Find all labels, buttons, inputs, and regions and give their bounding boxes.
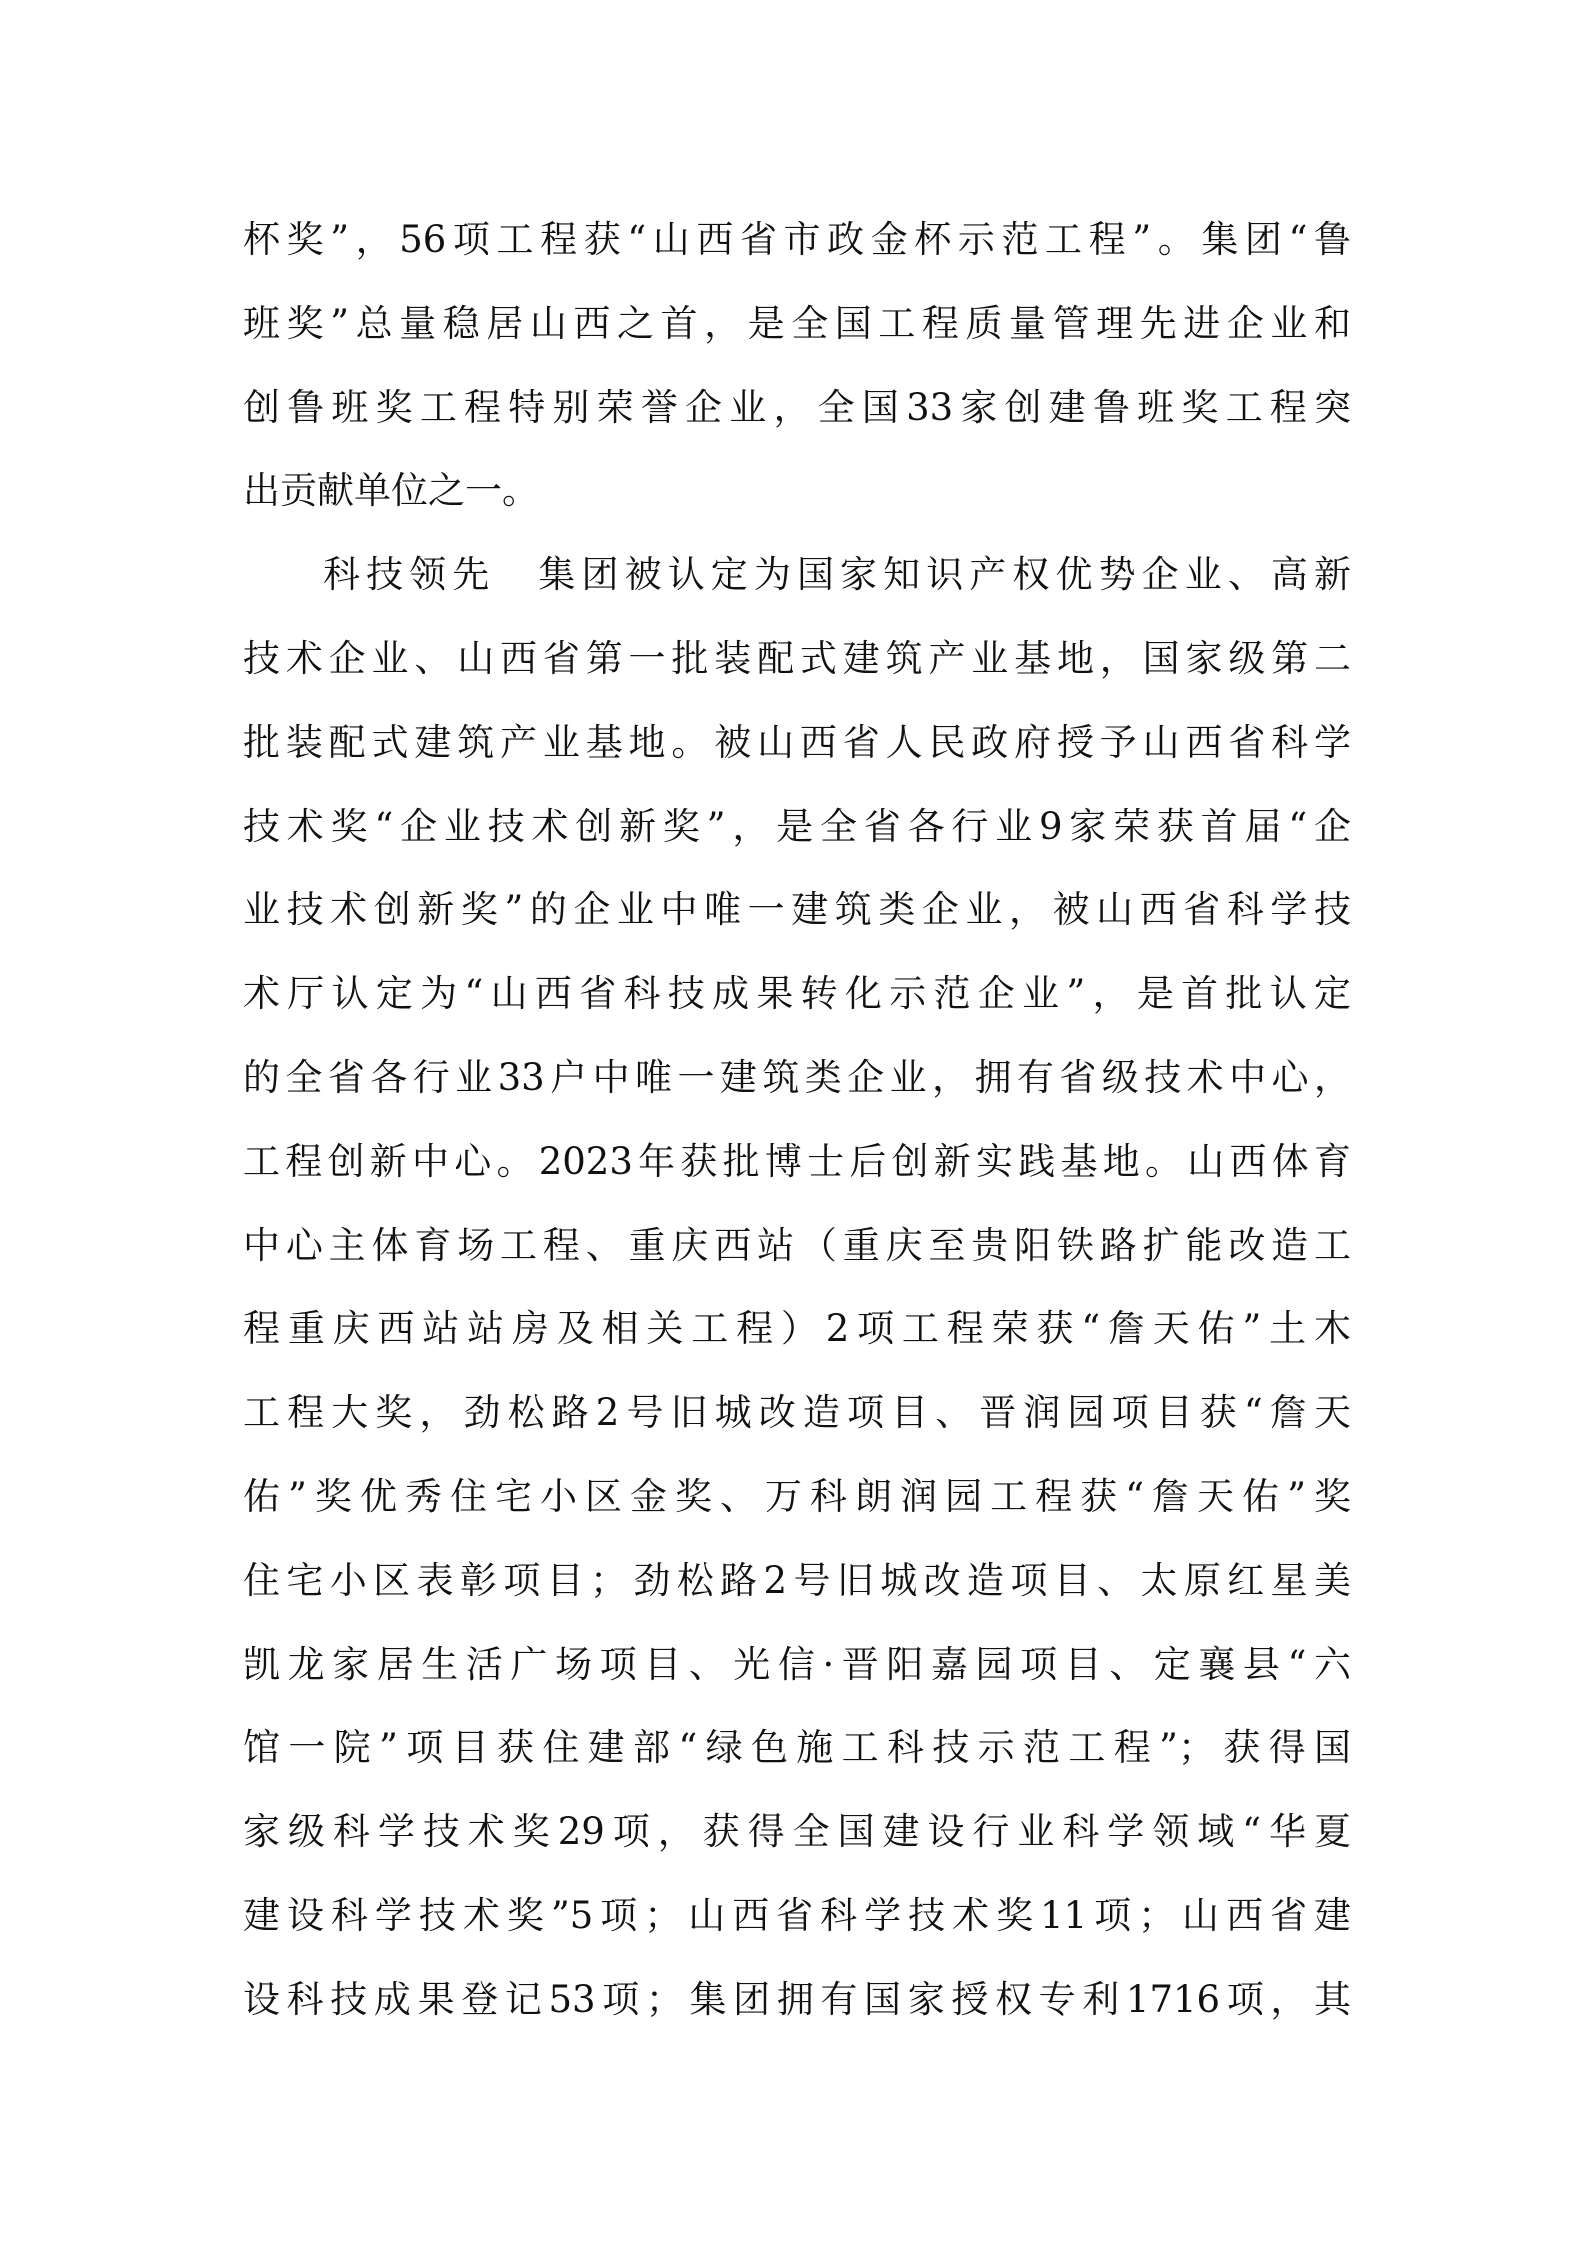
text-line: 杯奖”，56项工程获“山西省市政金杯示范工程”。集团“鲁: [243, 212, 1351, 296]
text-line: 术厅认定为“山西省科技成果转化示范企业”，是首批认定: [243, 966, 1351, 1050]
document-page: 杯奖”，56项工程获“山西省市政金杯示范工程”。集团“鲁 班奖”总量稳居山西之首…: [0, 0, 1587, 2245]
text-line: 馆一院”项目获住建部“绿色施工科技示范工程”；获得国: [243, 1720, 1351, 1804]
text-line: 业技术创新奖”的企业中唯一建筑类企业，被山西省科学技: [243, 882, 1351, 966]
text-line: 技术奖“企业技术创新奖”，是全省各行业9家荣获首届“企: [243, 799, 1351, 883]
paragraph-heading-line: 科技领先 集团被认定为国家知识产权优势企业、高新: [243, 547, 1351, 631]
text-line: 创鲁班奖工程特别荣誉企业，全国33家创建鲁班奖工程突: [243, 380, 1351, 464]
text-line: 班奖”总量稳居山西之首，是全国工程质量管理先进企业和: [243, 296, 1351, 380]
text-line: 批装配式建筑产业基地。被山西省人民政府授予山西省科学: [243, 715, 1351, 799]
text-line: 中心主体育场工程、重庆西站（重庆至贵阳铁路扩能改造工: [243, 1218, 1351, 1302]
text-line: 住宅小区表彰项目；劲松路2号旧城改造项目、太原红星美: [243, 1553, 1351, 1637]
text-line: 凯龙家居生活广场项目、光信·晋阳嘉园项目、定襄县“六: [243, 1637, 1351, 1721]
text-line: 家级科学技术奖29项，获得全国建设行业科学领域“华夏: [243, 1804, 1351, 1888]
text-line: 工程创新中心。2023年获批博士后创新实践基地。山西体育: [243, 1134, 1351, 1218]
text-line: 工程大奖，劲松路2号旧城改造项目、晋润园项目获“詹天: [243, 1385, 1351, 1469]
text-line: 佑”奖优秀住宅小区金奖、万科朗润园工程获“詹天佑”奖: [243, 1469, 1351, 1553]
body-text: 杯奖”，56项工程获“山西省市政金杯示范工程”。集团“鲁 班奖”总量稳居山西之首…: [243, 212, 1351, 2056]
text-line: 技术企业、山西省第一批装配式建筑产业基地，国家级第二: [243, 631, 1351, 715]
text-line: 程重庆西站站房及相关工程）2项工程荣获“詹天佑”土木: [243, 1301, 1351, 1385]
text-line: 建设科学技术奖”5项；山西省科学技术奖11项；山西省建: [243, 1888, 1351, 1972]
text-line: 的全省各行业33户中唯一建筑类企业，拥有省级技术中心，: [243, 1050, 1351, 1134]
text-line: 出贡献单位之一。: [243, 463, 1351, 547]
text-line: 设科技成果登记53项；集团拥有国家授权专利1716项，其: [243, 1972, 1351, 2056]
